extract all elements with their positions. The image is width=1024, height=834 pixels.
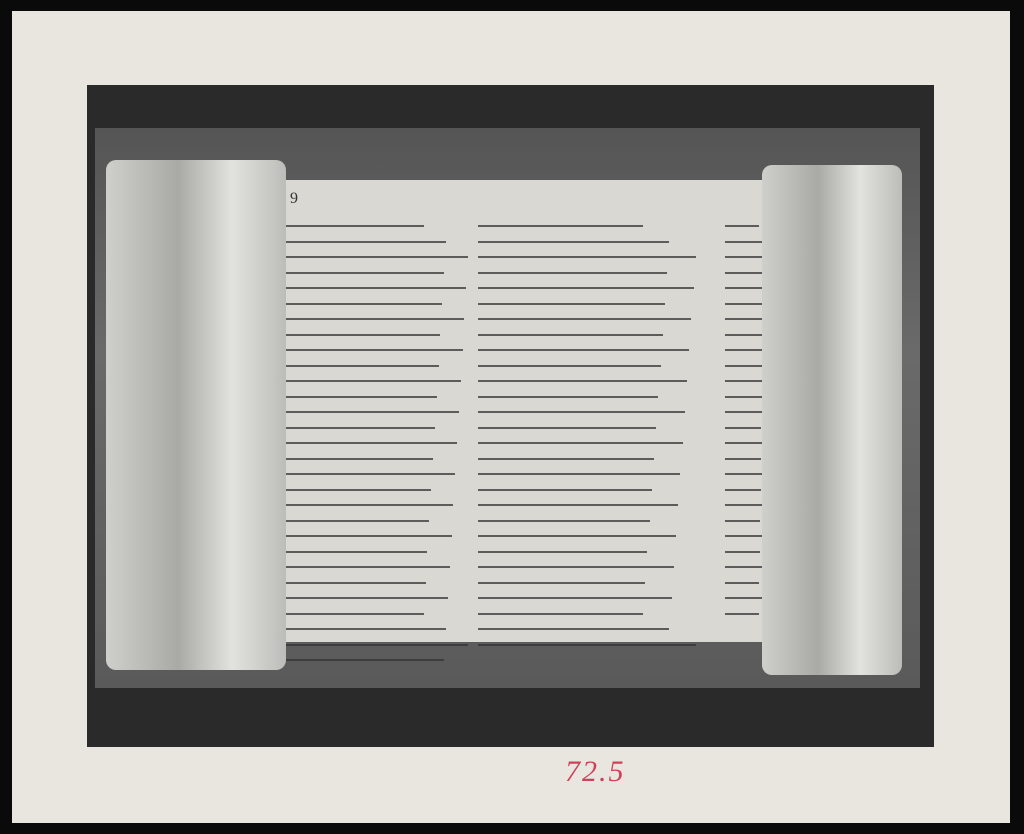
script-line [725, 458, 761, 460]
script-line [478, 427, 656, 429]
script-line [725, 427, 761, 429]
script-line [285, 349, 463, 351]
script-line [725, 225, 759, 227]
script-line [725, 613, 759, 615]
script-line [285, 396, 437, 398]
script-line [478, 334, 663, 336]
script-line [725, 551, 760, 553]
script-line [725, 504, 766, 506]
script-line [285, 520, 429, 522]
script-line [478, 318, 691, 320]
script-line [478, 504, 678, 506]
script-line [285, 613, 424, 615]
handwritten-annotation: 72.5 [565, 755, 626, 789]
script-line [285, 644, 468, 646]
script-line [478, 396, 658, 398]
script-line [725, 473, 766, 475]
script-line [478, 458, 654, 460]
script-line [478, 566, 674, 568]
right-roller [762, 165, 902, 675]
script-line [478, 520, 650, 522]
script-line [285, 272, 444, 274]
script-line [478, 473, 680, 475]
script-line [478, 582, 645, 584]
script-line [478, 535, 676, 537]
script-line [478, 272, 667, 274]
script-line [725, 520, 760, 522]
script-line [285, 659, 444, 661]
column-marker: 9 [290, 190, 298, 208]
script-line [725, 241, 764, 243]
left-roller [106, 160, 286, 670]
script-line [725, 272, 764, 274]
image-frame: 9 72.5 [0, 0, 1024, 834]
script-line [285, 287, 466, 289]
script-line [285, 365, 439, 367]
script-line [285, 535, 452, 537]
script-line [725, 396, 762, 398]
script-line [478, 365, 661, 367]
script-line [725, 365, 762, 367]
script-line [285, 473, 455, 475]
script-line [285, 411, 459, 413]
script-line [478, 303, 665, 305]
script-line [725, 597, 765, 599]
script-line [478, 411, 685, 413]
script-line [285, 380, 461, 382]
script-line [725, 411, 767, 413]
script-line [285, 504, 453, 506]
script-line [285, 628, 446, 630]
script-line [725, 303, 763, 305]
script-line [285, 303, 442, 305]
script-line [725, 566, 765, 568]
script-line [478, 380, 687, 382]
script-line [285, 334, 440, 336]
script-line [478, 442, 683, 444]
script-line [725, 334, 763, 336]
script-line [285, 318, 464, 320]
script-line [285, 225, 424, 227]
script-line [478, 551, 647, 553]
script-line [478, 256, 696, 258]
script-line [285, 427, 435, 429]
script-line [725, 489, 761, 491]
script-line [285, 256, 468, 258]
script-line [478, 349, 689, 351]
script-line [285, 458, 433, 460]
script-line [478, 597, 672, 599]
script-line [285, 442, 457, 444]
script-line [725, 535, 766, 537]
script-line [478, 613, 643, 615]
text-column-2 [478, 225, 698, 659]
script-line [725, 442, 767, 444]
script-line [285, 597, 448, 599]
script-line [285, 489, 431, 491]
script-line [478, 241, 669, 243]
script-line [478, 225, 643, 227]
script-line [478, 287, 694, 289]
text-column-1 [285, 225, 470, 675]
script-line [285, 241, 446, 243]
script-line [725, 582, 759, 584]
script-line [478, 489, 652, 491]
script-line [285, 582, 426, 584]
script-line [478, 628, 669, 630]
script-line [285, 566, 450, 568]
script-line [478, 644, 696, 646]
script-line [285, 551, 427, 553]
